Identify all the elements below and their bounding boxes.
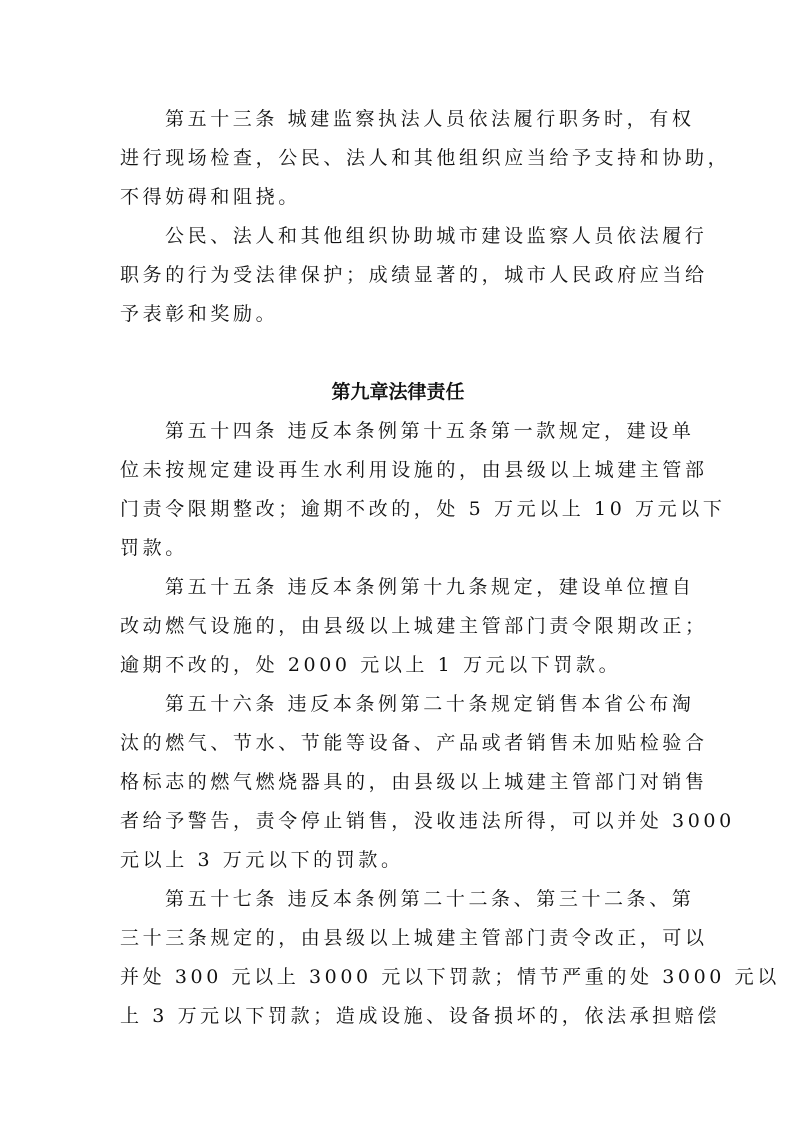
text-line: 三十三条规定的，由县级以上城建主管部门责令改正，可以 <box>120 919 676 958</box>
text-line: 职务的行为受法律保护；成绩显著的，城市人民政府应当给 <box>120 256 676 295</box>
paragraph-article-55: 第五十五条 违反本条例第十九条规定，建设单位擅自 改动燃气设施的，由县级以上城建… <box>120 568 676 685</box>
text-line: 逾期不改的，处 2000 元以上 1 万元以下罚款。 <box>120 646 676 685</box>
paragraph-article-57: 第五十七条 违反本条例第二十二条、第三十二条、第 三十三条规定的，由县级以上城建… <box>120 880 676 1036</box>
chapter-title: 第九章法律责任 <box>120 373 676 412</box>
text-line: 上 3 万元以下罚款；造成设施、设备损坏的，依法承担赔偿 <box>120 997 676 1036</box>
text-line: 格标志的燃气燃烧器具的，由县级以上城建主管部门对销售 <box>120 763 676 802</box>
text-line: 进行现场检查，公民、法人和其他组织应当给予支持和协助， <box>120 139 676 178</box>
text-line: 第五十四条 违反本条例第十五条第一款规定，建设单 <box>120 412 676 451</box>
paragraph-article-53-clause-2: 公民、法人和其他组织协助城市建设监察人员依法履行 职务的行为受法律保护；成绩显著… <box>120 217 676 334</box>
text-line: 第五十五条 违反本条例第十九条规定，建设单位擅自 <box>120 568 676 607</box>
text-line: 元以上 3 万元以下的罚款。 <box>120 841 676 880</box>
text-line: 汰的燃气、节水、节能等设备、产品或者销售未加贴检验合 <box>120 724 676 763</box>
text-line: 者给予警告，责令停止销售，没收违法所得，可以并处 3000 <box>120 802 676 841</box>
text-line: 第五十七条 违反本条例第二十二条、第三十二条、第 <box>120 880 676 919</box>
text-line: 予表彰和奖励。 <box>120 295 676 334</box>
text-line: 第五十六条 违反本条例第二十条规定销售本省公布淘 <box>120 685 676 724</box>
text-line: 并处 300 元以上 3000 元以下罚款；情节严重的处 3000 元以 <box>120 958 676 997</box>
text-line: 改动燃气设施的，由县级以上城建主管部门责令限期改正； <box>120 607 676 646</box>
text-line: 位未按规定建设再生水利用设施的，由县级以上城建主管部 <box>120 451 676 490</box>
text-line: 不得妨碍和阻挠。 <box>120 178 676 217</box>
text-line: 门责令限期整改；逾期不改的，处 5 万元以上 10 万元以下 <box>120 490 676 529</box>
text-line: 罚款。 <box>120 529 676 568</box>
text-line: 公民、法人和其他组织协助城市建设监察人员依法履行 <box>120 217 676 256</box>
paragraph-article-54: 第五十四条 违反本条例第十五条第一款规定，建设单 位未按规定建设再生水利用设施的… <box>120 412 676 568</box>
document-page: 第五十三条 城建监察执法人员依法履行职务时，有权 进行现场检查，公民、法人和其他… <box>120 100 676 1036</box>
paragraph-article-56: 第五十六条 违反本条例第二十条规定销售本省公布淘 汰的燃气、节水、节能等设备、产… <box>120 685 676 880</box>
paragraph-article-53: 第五十三条 城建监察执法人员依法履行职务时，有权 进行现场检查，公民、法人和其他… <box>120 100 676 217</box>
text-line: 第五十三条 城建监察执法人员依法履行职务时，有权 <box>120 100 676 139</box>
